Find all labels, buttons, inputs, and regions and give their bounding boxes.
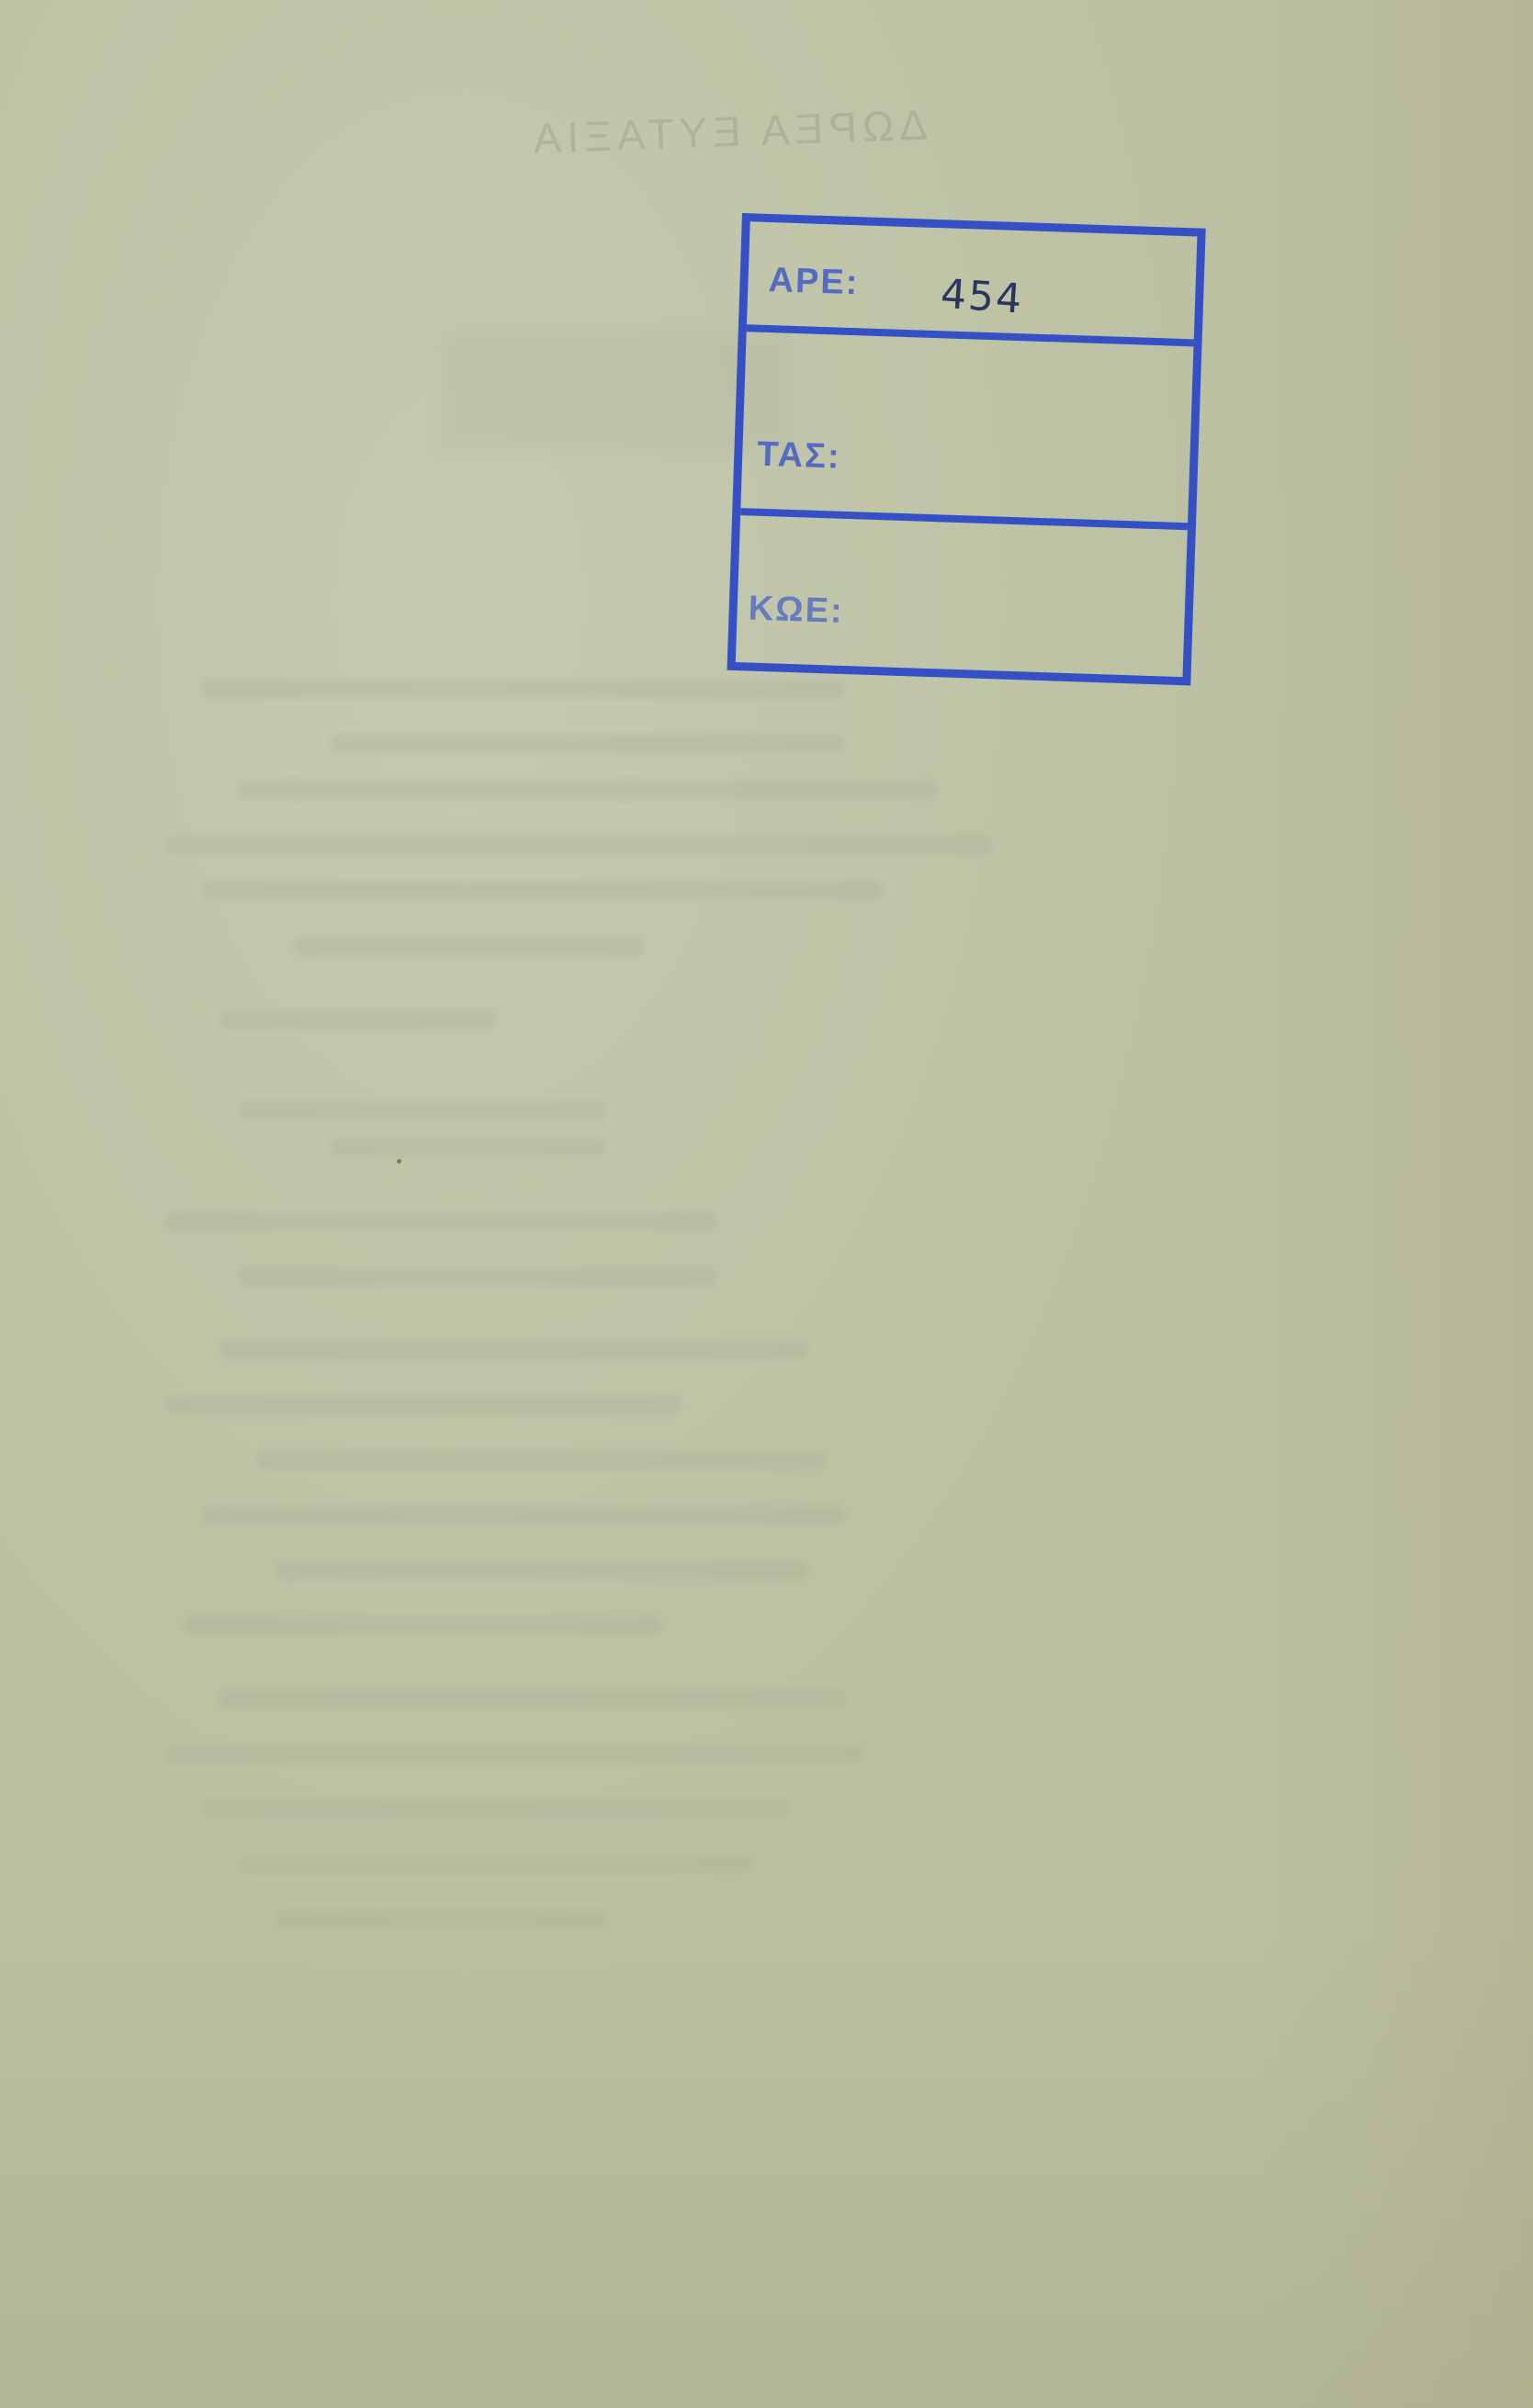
bleed-through-line (220, 1690, 845, 1708)
bleed-through-line (165, 836, 992, 854)
bleed-through-line (165, 1212, 716, 1231)
bleed-through-line (202, 882, 882, 900)
bleed-through-line (239, 1855, 753, 1874)
stamp-field-are: ΑΡΕ: 454 (747, 221, 1198, 346)
bleed-through-line (294, 937, 643, 955)
paper-speck (397, 1159, 401, 1164)
bleed-through-text-lines (165, 625, 1268, 2186)
bleed-through-line (257, 1451, 827, 1469)
stamp-label-tas: ΤΑΣ: (757, 435, 842, 478)
bleed-through-line (165, 1745, 863, 1763)
bleed-through-line (331, 735, 845, 753)
bleed-through-line (239, 1102, 606, 1120)
bleed-through-line (239, 1267, 716, 1286)
bleed-through-line (202, 1506, 845, 1525)
bleed-through-line (184, 1616, 661, 1635)
bleed-through-line (202, 680, 845, 698)
bleed-through-heading: ΔΩΡΕΑ ΕΥΤΑΞΙΑ (431, 100, 929, 167)
bleed-through-line (220, 1341, 808, 1359)
bleed-through-line (276, 1561, 808, 1580)
stamp-label-koe: ΚΩΕ: (748, 589, 844, 631)
bleed-through-line (165, 1396, 680, 1414)
bleed-through-line (202, 1800, 790, 1818)
stamp-label-are: ΑΡΕ: (768, 261, 860, 303)
archive-stamp: ΑΡΕ: 454 ΤΑΣ: ΚΩΕ: (727, 213, 1205, 685)
stamp-value-are: 454 (939, 271, 1024, 323)
scanned-page: ΔΩΡΕΑ ΕΥΤΑΞΙΑ ΑΡΕ: 454 ΤΑΣ: ΚΩΕ: (0, 0, 1533, 2408)
stamp-field-tas: ΤΑΣ: (740, 332, 1193, 530)
bleed-through-line (276, 1910, 606, 1929)
bleed-through-line (331, 1139, 606, 1157)
stamp-field-koe: ΚΩΕ: (736, 515, 1188, 677)
bleed-through-line (220, 1010, 496, 1029)
bleed-through-line (239, 781, 937, 799)
